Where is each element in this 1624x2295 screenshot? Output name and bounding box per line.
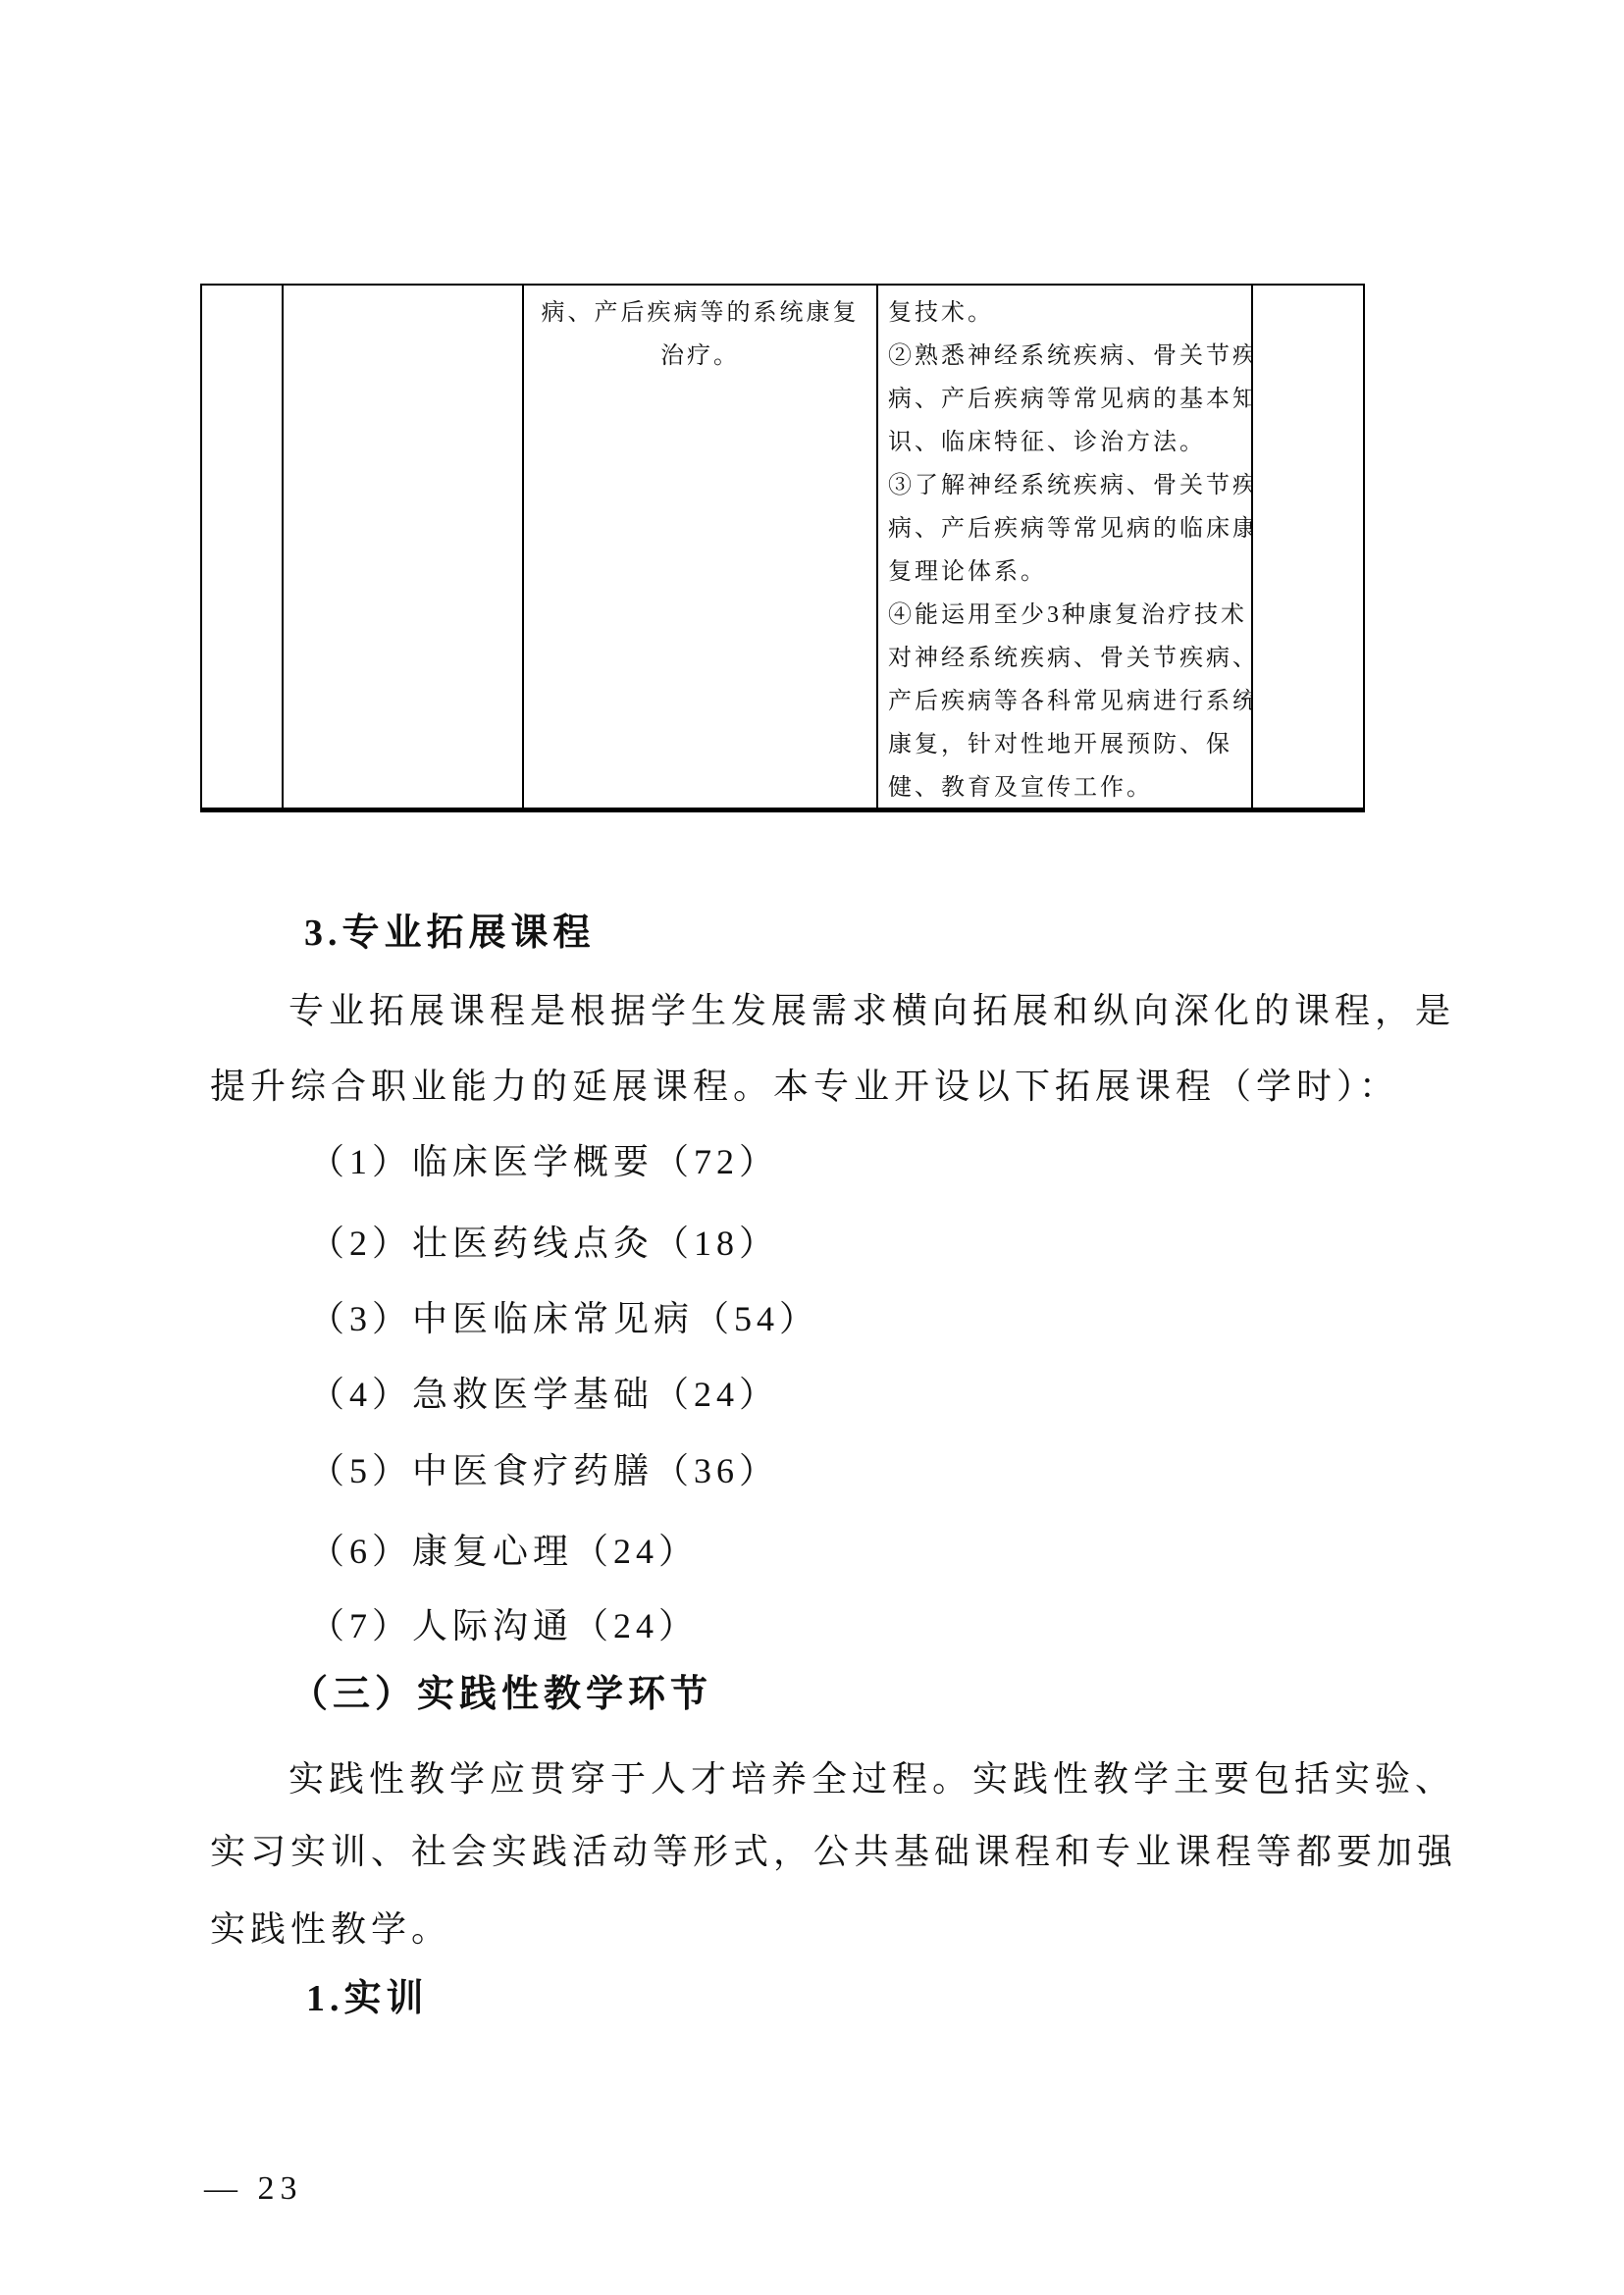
course-item-7: （7）人际沟通（24）: [309, 1606, 699, 1646]
section-heading-training: 1.实训: [306, 1978, 429, 2021]
table-cell-course: [284, 286, 524, 808]
course-item-6: （6）康复心理（24）: [309, 1532, 699, 1572]
table-text-line: 复技术。: [888, 291, 1251, 335]
para-practice-line3: 实践性教学。: [210, 1909, 451, 1950]
table-text-line: 病、产后疾病等常见病的基本知: [888, 378, 1251, 421]
para-practice-line2: 实习实训、社会实践活动等形式，公共基础课程和专业课程等都要加强: [210, 1832, 1457, 1872]
table-text-line: ③了解神经系统疾病、骨关节疾: [888, 464, 1251, 507]
table-cell-requirements: 复技术。 ②熟悉神经系统疾病、骨关节疾 病、产后疾病等常见病的基本知 识、临床特…: [878, 286, 1253, 808]
table-text-line: 治疗。: [524, 335, 876, 378]
table-text-line: 复理论体系。: [888, 550, 1251, 594]
course-item-5: （5）中医食疗药膳（36）: [309, 1451, 779, 1491]
curriculum-table: 病、产后疾病等的系统康复 治疗。 复技术。 ②熟悉神经系统疾病、骨关节疾 病、产…: [200, 284, 1365, 812]
para-expand-line2: 提升综合职业能力的延展课程。本专业开设以下拓展课程（学时）：: [210, 1067, 1399, 1107]
section-heading-expand-courses: 3.专业拓展课程: [304, 913, 596, 956]
table-text-line: 识、临床特征、诊治方法。: [888, 421, 1251, 464]
table-text-line: 康复，针对性地开展预防、保: [888, 723, 1251, 766]
document-page: 病、产后疾病等的系统康复 治疗。 复技术。 ②熟悉神经系统疾病、骨关节疾 病、产…: [0, 0, 1624, 2295]
para-expand-line1: 专业拓展课程是根据学生发展需求横向拓展和纵向深化的课程，是: [288, 991, 1455, 1031]
table-text-line: 病、产后疾病等的系统康复: [524, 291, 876, 335]
table-cell-hours: [1253, 286, 1363, 808]
section-heading-practice: （三）实践性教学环节: [290, 1674, 712, 1717]
table-text-line: 病、产后疾病等常见病的临床康: [888, 507, 1251, 550]
table-text-line: ②熟悉神经系统疾病、骨关节疾: [888, 335, 1251, 378]
table-cell-goal: 病、产后疾病等的系统康复 治疗。: [524, 286, 878, 808]
para-practice-line1: 实践性教学应贯穿于人才培养全过程。实践性教学主要包括实验、: [288, 1759, 1455, 1799]
table-text-line: ④能运用至少3种康复治疗技术: [888, 594, 1251, 637]
course-item-1: （1）临床医学概要（72）: [309, 1142, 779, 1182]
table-text-line: 健、教育及宣传工作。: [888, 766, 1251, 808]
page-number: — 23: [204, 2170, 303, 2208]
table-text-line: 对神经系统疾病、骨关节疾病、: [888, 637, 1251, 680]
table-cell-seq: [202, 286, 284, 808]
course-item-2: （2）壮医药线点灸（18）: [309, 1224, 779, 1264]
course-item-3: （3）中医临床常见病（54）: [309, 1299, 819, 1339]
course-item-4: （4）急救医学基础（24）: [309, 1375, 779, 1415]
table-text-line: 产后疾病等各科常见病进行系统: [888, 680, 1251, 723]
